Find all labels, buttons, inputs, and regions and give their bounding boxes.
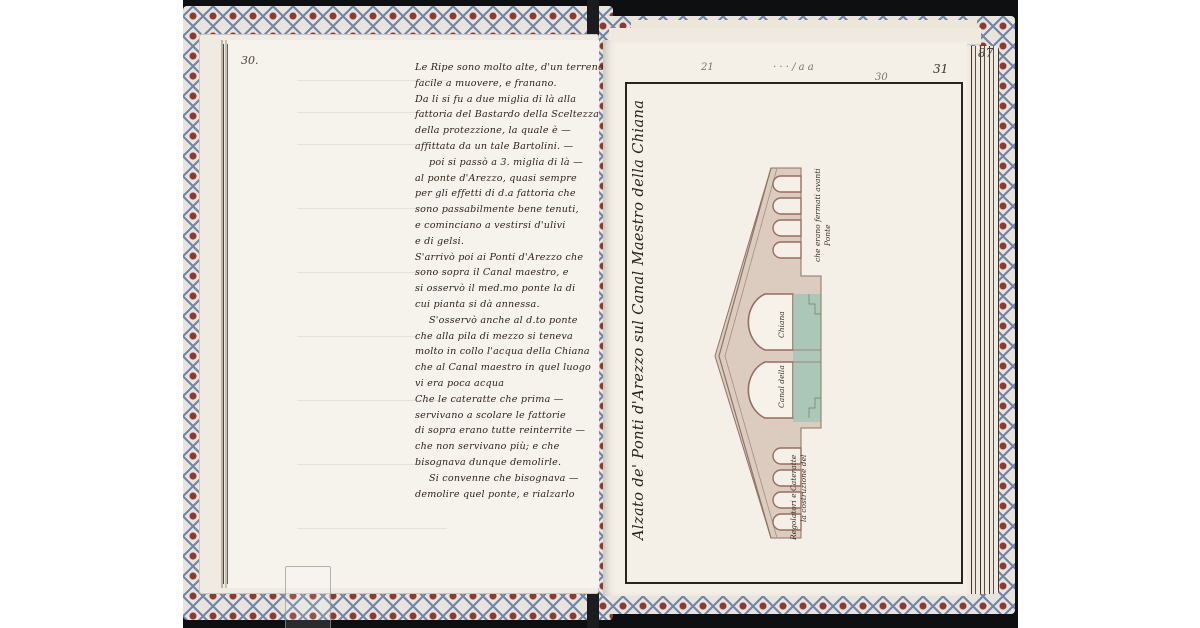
bleed-through [297, 528, 447, 529]
text-line: cui pianta si dà annessa. [415, 297, 597, 313]
page-edge-lines [223, 44, 228, 584]
folio-number-right: 31 [933, 62, 948, 76]
text-line: sono passabilmente bene tenuti, [415, 202, 597, 218]
text-line: Le Ripe sono molto alte, d'un terreno [415, 60, 597, 76]
text-line: al ponte d'Arezzo, quasi sempre [415, 171, 597, 187]
label-upper-arcade: che erano fermati avanti [813, 168, 822, 262]
text-line: S'arrivò poi ai Ponti d'Arezzo che [415, 250, 597, 266]
text-line: Si convenne che bisognava — [415, 471, 597, 487]
text-line: fattoria del Bastardo della Sceltezza [415, 107, 597, 123]
text-line: per gli effetti di d.a fattoria che [415, 186, 597, 202]
text-line: Da li si fu a due miglia di là alla [415, 92, 597, 108]
bridge-elevation-drawing [711, 166, 851, 546]
bleed-through [297, 208, 427, 209]
handwritten-text: Le Ripe sono molto alte, d'un terrenofac… [415, 60, 597, 502]
page-clip [285, 566, 331, 628]
text-line: e di gelsi. [415, 234, 597, 250]
text-line: vi era poca acqua [415, 376, 597, 392]
text-line: che non servivano più; e che [415, 439, 597, 455]
label-lower-arcade: Regolatori e Cateratte [789, 455, 798, 540]
text-line: molto in collo l'acqua della Chiana [415, 344, 597, 360]
text-line: demolire quel ponte, e rialzarlo [415, 487, 597, 503]
text-line: di sopra erano tutte reinterrite — [415, 423, 597, 439]
text-line: bisognava dunque demolirle. [415, 455, 597, 471]
text-line: si osservò il med.mo ponte la di [415, 281, 597, 297]
text-line: affittata da un tale Bartolini. — [415, 139, 597, 155]
text-line: facile a muovere, e franano. [415, 76, 597, 92]
label-canal: Canal della [777, 365, 786, 408]
bleed-through [297, 336, 417, 337]
text-line: Che le cateratte che prima — [415, 392, 597, 408]
text-line: che alla pila di mezzo si teneva [415, 329, 597, 345]
label-upper-arcade-2: Ponte [823, 224, 832, 246]
text-line: che al Canal maestro in quel luogo [415, 360, 597, 376]
text-line: servivano a scolare le fattorie [415, 408, 597, 424]
pencil-mark: 21 [701, 62, 714, 73]
pencil-mark: · · · / a a [773, 62, 814, 73]
label-lower-arcade-2: la costruzione del [799, 455, 808, 522]
label-chiana: Chiana [777, 311, 786, 338]
text-line: sono sopra il Canal maestro, e [415, 265, 597, 281]
plate-title: Alzato de' Ponti d'Arezzo sul Canal Maes… [631, 100, 647, 540]
text-line: e cominciano a vestirsi d'ulivi [415, 218, 597, 234]
manuscript-photo: 30. Le Ripe sono molto alte, d'un terren… [183, 0, 1018, 628]
folio-number-left: 30. [241, 54, 259, 67]
folio-corner-number: 87 [978, 46, 993, 60]
right-page-stack [967, 46, 999, 594]
text-line: poi si passò a 3. miglia di là — [415, 155, 597, 171]
text-line: S'osservò anche al d.to ponte [415, 313, 597, 329]
text-line: della protezzione, la quale è — [415, 123, 597, 139]
